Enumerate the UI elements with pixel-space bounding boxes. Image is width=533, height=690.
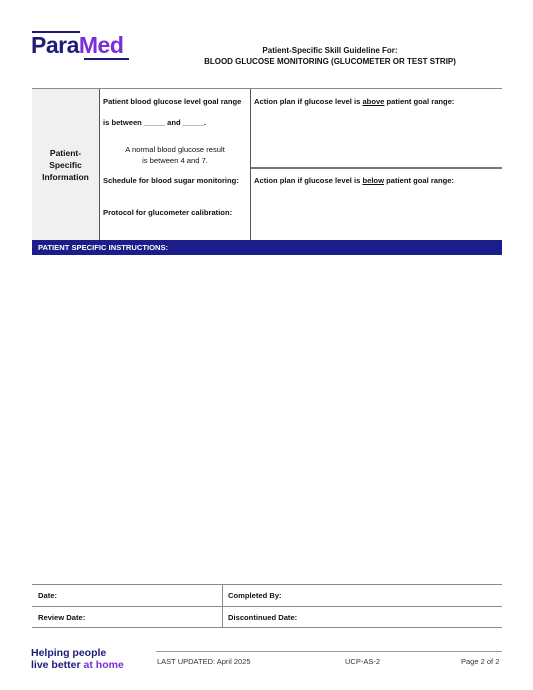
sign-off-divider [222, 584, 223, 628]
sign-off-top-rule [32, 584, 502, 585]
document-code: UCP-AS-2 [345, 657, 380, 666]
sign-off-table: Date: Completed By: Review Date: Discont… [32, 584, 502, 628]
footer-rule [156, 651, 502, 652]
logo-med: Med [79, 32, 124, 58]
below-range-action-plan-label: Action plan if glucose level is below pa… [254, 176, 454, 185]
normal-note-line-1: A normal blood glucose result [103, 144, 247, 155]
sign-off-middle-rule [32, 606, 502, 607]
page-number: Page 2 of 2 [461, 657, 499, 666]
tagline-line-1: Helping people [31, 647, 124, 659]
patient-specific-information-label: Patient- Specific Information [32, 89, 100, 241]
label-text: Patient- Specific Information [42, 147, 89, 183]
completed-by-field[interactable]: Completed By: [228, 591, 282, 600]
logo-bottom-bar [84, 58, 129, 60]
document-title: Patient-Specific Skill Guideline For: BL… [170, 45, 490, 67]
goal-range-between-field[interactable]: is between _____ and _____. [103, 118, 206, 127]
patient-specific-instructions-header: PATIENT SPECIFIC INSTRUCTIONS: [32, 240, 502, 255]
patient-info-table: Patient- Specific Information Patient bl… [32, 88, 502, 241]
logo-para: Para [31, 32, 79, 58]
calibration-protocol-label: Protocol for glucometer calibration: [103, 208, 232, 217]
above-range-action-plan-label: Action plan if glucose level is above pa… [254, 97, 454, 106]
instructions-body[interactable] [32, 255, 502, 575]
tagline-line-2: live better at home [31, 659, 124, 671]
goal-range-label: Patient blood glucose level goal range [103, 97, 241, 106]
row-divider [251, 167, 502, 169]
title-line-2: BLOOD GLUCOSE MONITORING (GLUCOMETER OR … [170, 56, 490, 67]
normal-note-line-2: is between 4 and 7. [103, 155, 247, 166]
logo-wordmark: ParaMed [31, 32, 123, 58]
normal-range-note: A normal blood glucose result is between… [103, 144, 247, 166]
info-right-column: Action plan if glucose level is above pa… [251, 89, 502, 241]
title-line-1: Patient-Specific Skill Guideline For: [170, 45, 490, 56]
sign-off-bottom-rule [32, 627, 502, 628]
discontinued-date-field[interactable]: Discontinued Date: [228, 613, 297, 622]
monitoring-schedule-label: Schedule for blood sugar monitoring: [103, 176, 239, 185]
date-field[interactable]: Date: [38, 591, 57, 600]
tagline: Helping people live better at home [31, 647, 124, 671]
info-middle-column: Patient blood glucose level goal range i… [100, 89, 251, 241]
last-updated: LAST UPDATED: April 2025 [157, 657, 251, 666]
paramed-logo: ParaMed [31, 31, 131, 61]
review-date-field[interactable]: Review Date: [38, 613, 85, 622]
